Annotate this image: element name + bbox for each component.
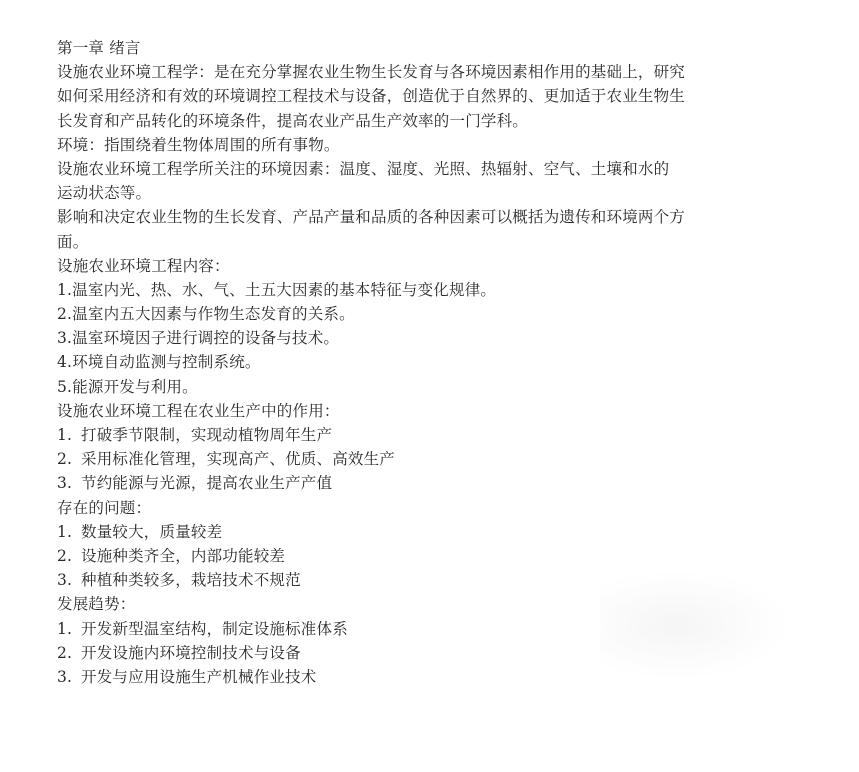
problems-section-heading: 存在的问题： [57, 496, 817, 520]
influence-factors-line-2: 面。 [57, 230, 817, 254]
item-text: 打破季节限制，实现动植物周年生产 [81, 423, 332, 447]
item-number: 1. [57, 423, 81, 447]
influence-factors-line-1: 影响和决定农业生物的生长发育、产品产量和品质的各种因素可以概括为遗传和环境两个方 [57, 205, 817, 229]
scan-artifact [600, 570, 790, 680]
item-text: 数量较大，质量较差 [81, 520, 222, 544]
item-text: 采用标准化管理，实现高产、优质、高效生产 [81, 447, 395, 471]
content-item: 2.温室内五大因素与作物生态发育的关系。 [57, 302, 817, 326]
item-number: 1. [57, 617, 81, 641]
item-number: 1. [57, 520, 81, 544]
item-number: 3. [57, 568, 81, 592]
definition-line-3: 长发育和产品转化的环境条件，提高农业产品生产效率的一门学科。 [57, 109, 817, 133]
chapter-title: 第一章 绪言 [57, 36, 817, 60]
definition-line-1: 设施农业环境工程学：是在充分掌握农业生物生长发育与各环境因素相作用的基础上，研究 [57, 60, 817, 84]
definition-line-2: 如何采用经济和有效的环境调控工程技术与设备，创造优于自然界的、更加适于农业生物生 [57, 84, 817, 108]
problem-item: 2. 设施种类齐全，内部功能较差 [57, 544, 817, 568]
item-text: 开发设施内环境控制技术与设备 [81, 641, 301, 665]
problem-item: 1. 数量较大，质量较差 [57, 520, 817, 544]
environment-factors-line-2: 运动状态等。 [57, 181, 817, 205]
content-item: 1.温室内光、热、水、气、土五大因素的基本特征与变化规律。 [57, 278, 817, 302]
content-section-heading: 设施农业环境工程内容： [57, 254, 817, 278]
item-text: 开发新型温室结构，制定设施标准体系 [81, 617, 348, 641]
item-text: 节约能源与光源，提高农业生产产值 [81, 471, 332, 495]
item-number: 2. [57, 447, 81, 471]
item-number: 3. [57, 665, 81, 689]
content-item: 4.环境自动监测与控制系统。 [57, 350, 817, 374]
item-text: 开发与应用设施生产机械作业技术 [81, 665, 317, 689]
content-item: 5.能源开发与利用。 [57, 375, 817, 399]
item-text: 种植种类较多，栽培技术不规范 [81, 568, 301, 592]
environment-definition: 环境：指围绕着生物体周围的所有事物。 [57, 133, 817, 157]
environment-factors-line-1: 设施农业环境工程学所关注的环境因素：温度、湿度、光照、热辐射、空气、土壤和水的 [57, 157, 817, 181]
role-item: 1. 打破季节限制，实现动植物周年生产 [57, 423, 817, 447]
role-section-heading: 设施农业环境工程在农业生产中的作用： [57, 399, 817, 423]
content-item: 3.温室环境因子进行调控的设备与技术。 [57, 326, 817, 350]
item-number: 2. [57, 544, 81, 568]
item-number: 2. [57, 641, 81, 665]
role-item: 3. 节约能源与光源，提高农业生产产值 [57, 471, 817, 495]
item-text: 设施种类齐全，内部功能较差 [81, 544, 285, 568]
item-number: 3. [57, 471, 81, 495]
role-item: 2. 采用标准化管理，实现高产、优质、高效生产 [57, 447, 817, 471]
